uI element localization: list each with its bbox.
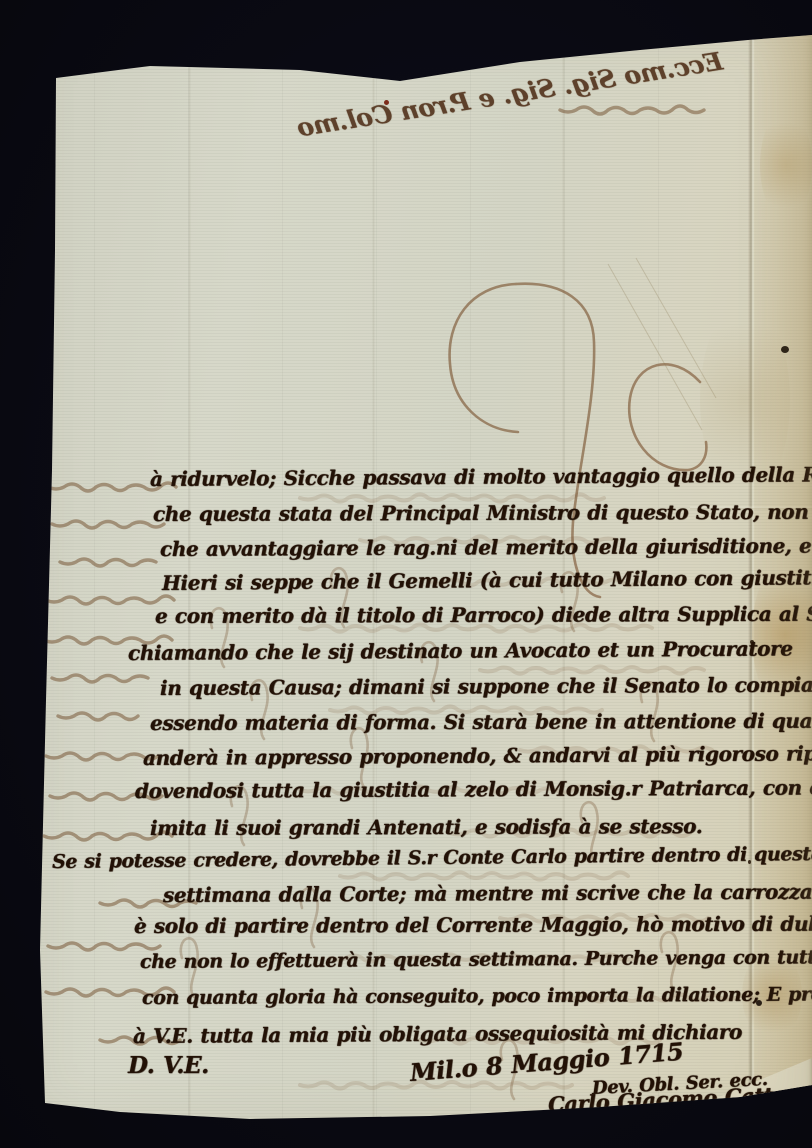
ink-speck: [48, 115, 52, 119]
paper-vignette: [0, 0, 812, 1148]
edge-fleck: [250, 54, 264, 58]
photograph-background: Ecc.mo Sig. Sig. e P.ron Col.mo à ridurv…: [0, 0, 812, 1148]
edge-fleck: [90, 60, 100, 64]
paper-sheet: Ecc.mo Sig. Sig. e P.ron Col.mo à ridurv…: [0, 0, 812, 1148]
edge-fleck: [430, 68, 440, 71]
